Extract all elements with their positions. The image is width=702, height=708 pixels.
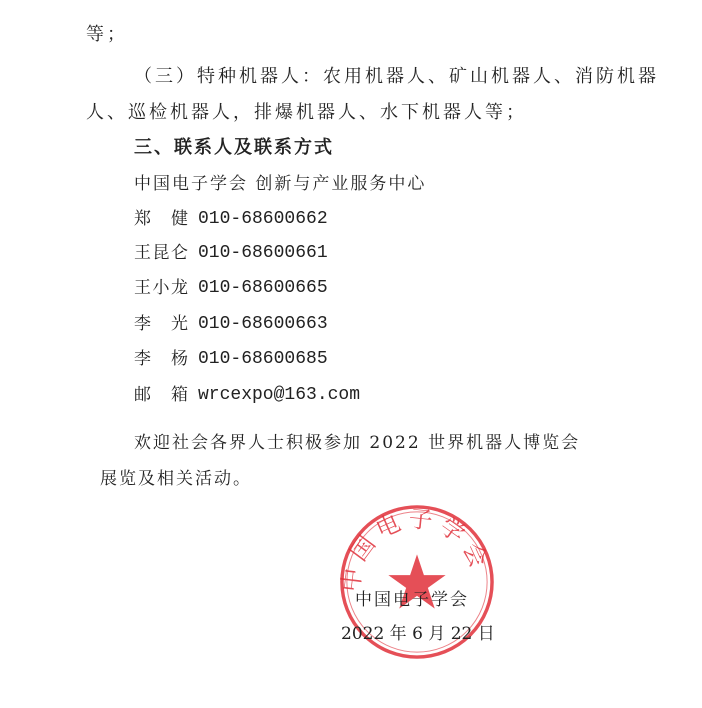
contact-email[interactable]: wrcexpo@163.com [198,384,360,406]
signature-date: 2022 年 6 月 22 日 [341,623,495,645]
contact-phone: 010-68600685 [198,348,328,370]
contact-name: 李杨 [134,348,188,370]
organization-name: 中国电子学会 创新与产业服务中心 [134,173,426,195]
closing-paragraph-cont: 展览及相关活动。 [100,468,252,490]
contact-row: 邮箱 wrcexpo@163.com [134,384,360,406]
closing-paragraph: 欢迎社会各界人士积极参加 2022 世界机器人博览会 [134,432,580,454]
contact-name: 李光 [134,313,188,335]
contact-phone: 010-68600662 [198,208,328,230]
contact-phone: 010-68600663 [198,313,328,335]
contact-name: 邮箱 [134,384,188,406]
contact-name: 王小龙 [134,277,188,299]
contact-phone: 010-68600665 [198,277,328,299]
contact-row: 郑健 010-68600662 [134,208,328,230]
contact-row: 李杨 010-68600685 [134,348,328,370]
signature-organization: 中国电子学会 [355,589,469,611]
paragraph-special-robots: （三）特种机器人：农用机器人、矿山机器人、消防机器 [134,66,659,88]
paragraph-special-robots-cont: 人、巡检机器人，排爆机器人、水下机器人等； [86,102,527,124]
contact-name: 王昆仑 [134,242,188,264]
contact-phone: 010-68600661 [198,242,328,264]
contact-name: 郑健 [134,208,188,230]
contact-row: 王昆仑 010-68600661 [134,242,328,264]
contact-row: 李光 010-68600663 [134,313,328,335]
contact-row: 王小龙 010-68600665 [134,277,328,299]
paragraph-continuation: 等； [86,24,128,46]
section-heading: 三、联系人及联系方式 [134,137,334,159]
